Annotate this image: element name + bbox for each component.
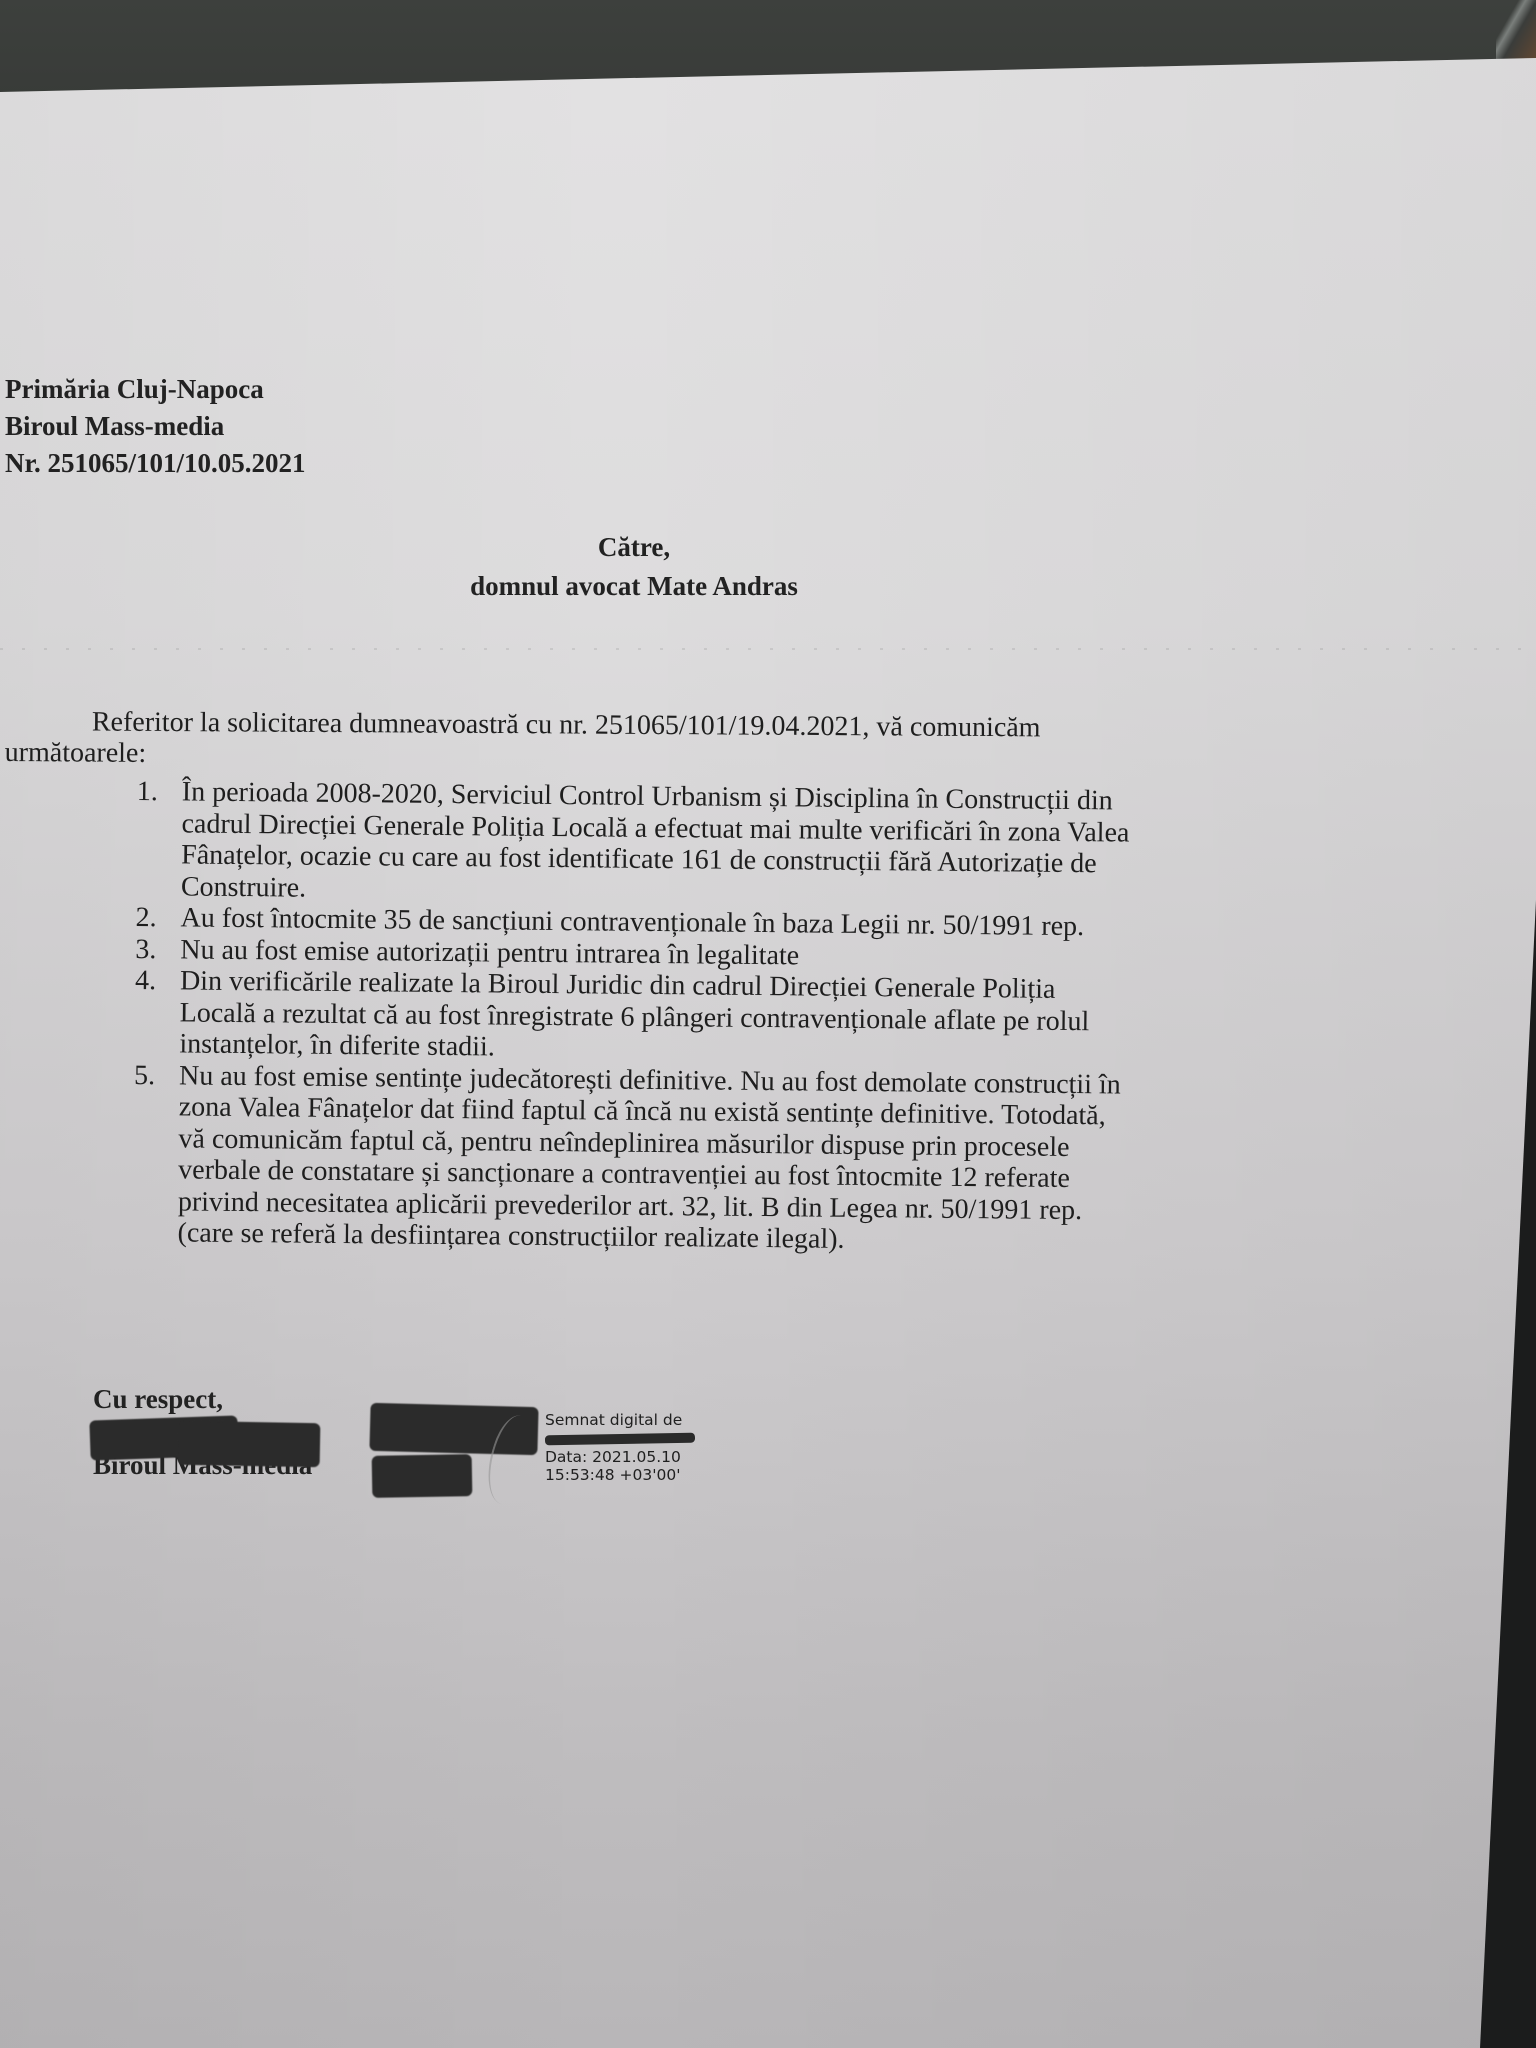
list-item: 4. Din verificările realizate la Biroul … — [134, 965, 1128, 1069]
intro-line: următoarele: — [5, 737, 1041, 774]
digital-signature-stamp: Semnat digital de Data: 2021.05.10 15:53… — [545, 1411, 695, 1485]
intro-line: Referitor la solicitarea dumneavoastră c… — [5, 706, 1041, 743]
list-item-number: 2. — [135, 902, 180, 934]
digital-signature-date: Data: 2021.05.10 — [545, 1448, 695, 1467]
list-item-text: Nu au fost emise sentințe judecătorești … — [177, 1060, 1120, 1258]
reference-number: Nr. 251065/101/10.05.2021 — [5, 445, 306, 482]
list-item: 1. În perioada 2008-2020, Serviciul Cont… — [136, 776, 1130, 912]
redacted-signer-name — [545, 1432, 695, 1445]
list-item-number: 1. — [137, 776, 182, 808]
list-item: 5. Nu au fost emise sentințe judecătoreș… — [132, 1059, 1127, 1258]
list-item-text: Din verificările realizate la Biroul Jur… — [179, 965, 1089, 1068]
recipient-name: domnul avocat Mate Andras — [0, 567, 1268, 606]
redaction-mark — [178, 1421, 321, 1467]
redaction-mark — [372, 1454, 473, 1498]
photo-scene: Primăria Cluj-Napoca Biroul Mass-media N… — [0, 0, 1536, 2048]
addressee-block: Către, domnul avocat Mate Andras — [0, 528, 1268, 606]
list-item-number: 3. — [135, 933, 180, 965]
letter-document: Primăria Cluj-Napoca Biroul Mass-media N… — [0, 0, 1536, 2048]
numbered-list: 1. În perioada 2008-2020, Serviciul Cont… — [132, 776, 1129, 1258]
list-item-number: 5. — [134, 1059, 179, 1091]
list-item-number: 4. — [135, 965, 180, 997]
letter-header: Primăria Cluj-Napoca Biroul Mass-media N… — [5, 371, 306, 482]
digital-signature-time: 15:53:48 +03'00' — [545, 1466, 695, 1485]
salutation: Către, — [0, 528, 1268, 567]
closing-greeting: Cu respect, — [93, 1383, 312, 1416]
intro-paragraph: Referitor la solicitarea dumneavoastră c… — [5, 706, 1041, 774]
list-item-text: În perioada 2008-2020, Serviciul Control… — [181, 776, 1130, 911]
digital-signature-label: Semnat digital de — [545, 1411, 695, 1430]
department-name: Biroul Mass-media — [5, 408, 306, 445]
institution-name: Primăria Cluj-Napoca — [5, 371, 306, 408]
